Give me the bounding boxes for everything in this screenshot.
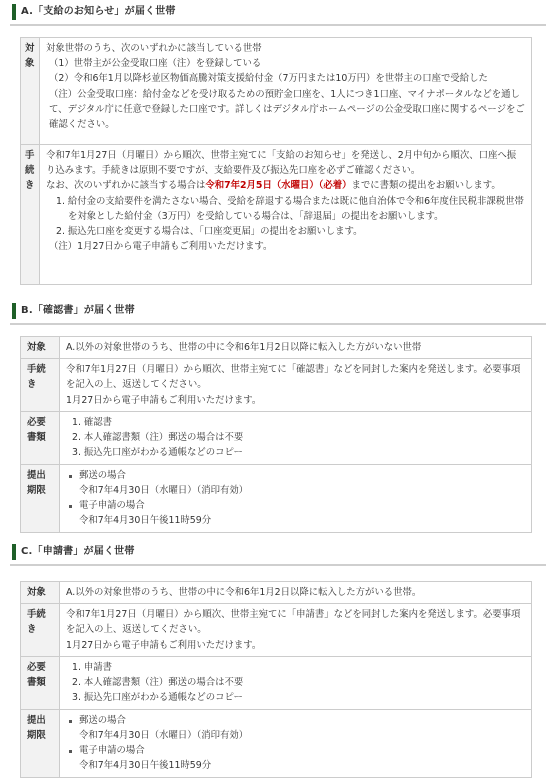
deadline-cell: 郵送の場合 令和7年4月30日（水曜日）（消印有効） 電子申請の場合 令和7年4… [60, 709, 532, 777]
row-label-documents: 必要書類 [21, 656, 60, 709]
row-label-procedure: 手 続 き [21, 145, 40, 285]
table-row-procedure: 手 続 き 令和7年1月27日（月曜日）から順次、世帯主宛てに「支給のお知らせ」… [21, 145, 532, 285]
section-a-title: A.「支給のお知らせ」が届く世帯 [21, 4, 176, 20]
table-row-procedure: 手続き 令和7年1月27日（月曜日）から順次、世帯主宛てに「申請書」などを同封し… [21, 604, 532, 657]
row-label-target: 対象 [21, 337, 60, 359]
list-item: 2. 本人確認書類（注）郵送の場合は不要 [66, 675, 525, 690]
section-a-heading: A.「支給のお知らせ」が届く世帯 [10, 0, 546, 26]
list-item: 3. 振込先口座がわかる通帳などのコピー [66, 690, 525, 705]
table-row-target: 対象 A.以外の対象世帯のうち、世帯の中に令和6年1月2日以降に転入した方がいる… [21, 582, 532, 604]
section-b: B.「確認書」が届く世帯 [0, 299, 546, 325]
section-a: A.「支給のお知らせ」が届く世帯 [0, 0, 546, 26]
list-item: 2. 振込先口座を変更する場合は、「口座変更届」の提出をお願いします。 [46, 224, 525, 239]
list-item: 郵送の場合 令和7年4月30日（水曜日）（消印有効） [66, 713, 525, 743]
table-row-deadline: 提出期限 郵送の場合 令和7年4月30日（水曜日）（消印有効） 電子申請の場合 … [21, 464, 532, 532]
documents-cell: 1. 申請書 2. 本人確認書類（注）郵送の場合は不要 3. 振込先口座がわかる… [60, 656, 532, 709]
heading-accent-bar [12, 544, 16, 560]
heading-accent-bar [12, 303, 16, 319]
target-cell: 対象世帯のうち、次のいずれかに該当している世帯 （1）世帯主が公金受取口座（注）… [40, 38, 532, 145]
table-row-documents: 必要書類 1. 申請書 2. 本人確認書類（注）郵送の場合は不要 3. 振込先口… [21, 656, 532, 709]
procedure-cell: 令和7年1月27日（月曜日）から順次、世帯主宛てに「確認書」などを同封した案内を… [60, 359, 532, 412]
procedure-list: 1. 給付金の支給要件を満たさない場合、受給を辞退する場合または既に他自治体で令… [46, 194, 525, 240]
heading-accent-bar [12, 4, 16, 20]
table-row-deadline: 提出期限 郵送の場合 令和7年4月30日（水曜日）（消印有効） 電子申請の場合 … [21, 709, 532, 777]
table-row-target: 対象 A.以外の対象世帯のうち、世帯の中に令和6年1月2日以降に転入した方がいな… [21, 337, 532, 359]
procedure-cell: 令和7年1月27日（月曜日）から順次、世帯主宛てに「申請書」などを同封した案内を… [60, 604, 532, 657]
documents-cell: 1. 確認書 2. 本人確認書類（注）郵送の場合は不要 3. 振込先口座がわかる… [60, 411, 532, 464]
list-item: 郵送の場合 令和7年4月30日（水曜日）（消印有効） [66, 468, 525, 498]
list-item: 電子申請の場合 令和7年4月30日午後11時59分 [66, 743, 525, 773]
list-item: 電子申請の場合 令和7年4月30日午後11時59分 [66, 498, 525, 528]
list-item: 1. 申請書 [66, 660, 525, 675]
row-label-target: 対象 [21, 582, 60, 604]
target-cell: A.以外の対象世帯のうち、世帯の中に令和6年1月2日以降に転入した方がいる世帯。 [60, 582, 532, 604]
list-item: 2. 本人確認書類（注）郵送の場合は不要 [66, 430, 525, 445]
list-item: 3. 振込先口座がわかる通帳などのコピー [66, 445, 525, 460]
row-label-target: 対 象 [21, 38, 40, 145]
section-c-table: 対象 A.以外の対象世帯のうち、世帯の中に令和6年1月2日以降に転入した方がいる… [20, 581, 532, 778]
row-label-procedure: 手続き [21, 604, 60, 657]
row-label-deadline: 提出期限 [21, 464, 60, 532]
row-label-documents: 必要書類 [21, 411, 60, 464]
list-item: 1. 給付金の支給要件を満たさない場合、受給を辞退する場合または既に他自治体で令… [46, 194, 525, 224]
procedure-note: （注）1月27日から電子申請もご利用いただけます。 [46, 239, 525, 254]
section-b-title: B.「確認書」が届く世帯 [21, 303, 135, 319]
section-c-heading: C.「申請書」が届く世帯 [10, 540, 546, 566]
table-row-documents: 必要書類 1. 確認書 2. 本人確認書類（注）郵送の場合は不要 3. 振込先口… [21, 411, 532, 464]
table-row-procedure: 手続き 令和7年1月27日（月曜日）から順次、世帯主宛てに「確認書」などを同封し… [21, 359, 532, 412]
table-row-target: 対 象 対象世帯のうち、次のいずれかに該当している世帯 （1）世帯主が公金受取口… [21, 38, 532, 145]
target-cell: A.以外の対象世帯のうち、世帯の中に令和6年1月2日以降に転入した方がいない世帯 [60, 337, 532, 359]
list-item: 1. 確認書 [66, 415, 525, 430]
deadline-notice: なお、次のいずれかに該当する場合は令和7年2月5日（水曜日）（必着）までに書類の… [46, 178, 525, 193]
section-b-table: 対象 A.以外の対象世帯のうち、世帯の中に令和6年1月2日以降に転入した方がいな… [20, 336, 532, 533]
section-c: C.「申請書」が届く世帯 [0, 540, 546, 566]
deadline-highlight: 令和7年2月5日（水曜日）（必着） [205, 180, 351, 191]
deadline-cell: 郵送の場合 令和7年4月30日（水曜日）（消印有効） 電子申請の場合 令和7年4… [60, 464, 532, 532]
procedure-cell: 令和7年1月27日（月曜日）から順次、世帯主宛てに「支給のお知らせ」を発送し、2… [40, 145, 532, 285]
row-label-procedure: 手続き [21, 359, 60, 412]
section-a-table: 対 象 対象世帯のうち、次のいずれかに該当している世帯 （1）世帯主が公金受取口… [20, 37, 532, 285]
section-b-heading: B.「確認書」が届く世帯 [10, 299, 546, 325]
row-label-deadline: 提出期限 [21, 709, 60, 777]
section-c-title: C.「申請書」が届く世帯 [21, 544, 135, 560]
